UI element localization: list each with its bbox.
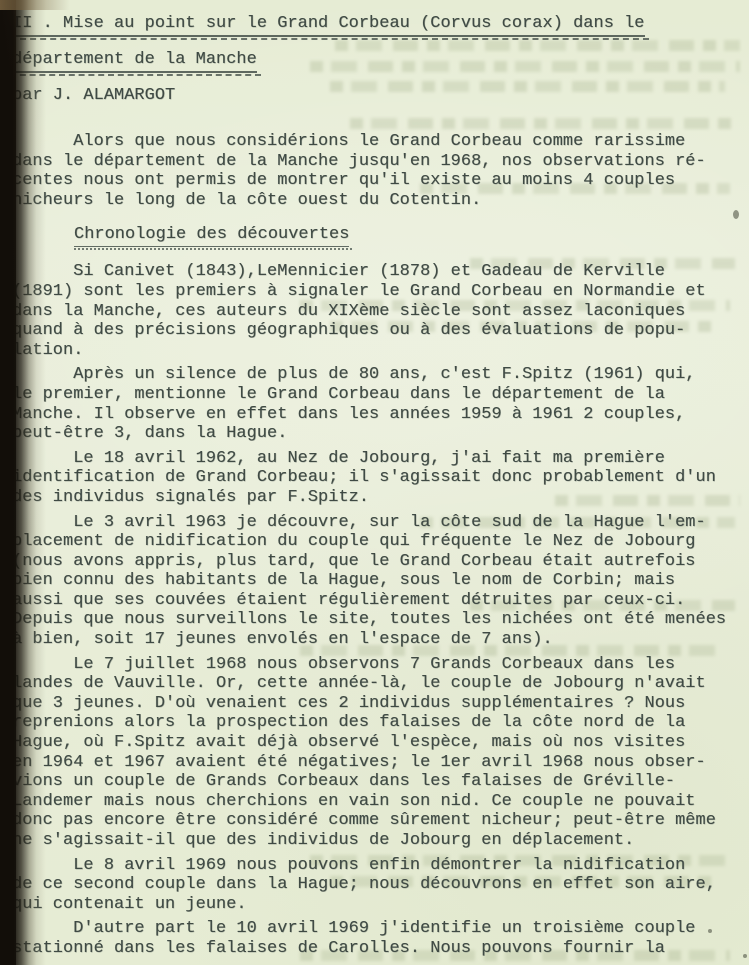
text-line: ne s'agissait-il que des individus de Jo… — [12, 831, 749, 851]
text-line: Le 18 avril 1962, au Nez de Jobourg, j'a… — [12, 449, 749, 469]
binding-top-edge — [0, 0, 70, 10]
text-line: Le 3 avril 1963 je découvre, sur la côte… — [12, 513, 749, 533]
text-line: aussi que ses couvées étaient régulièrem… — [12, 591, 749, 611]
author-line: par J. ALAMARGOT — [12, 86, 749, 106]
text-line: dans le département de la Manche jusqu'e… — [12, 152, 749, 172]
intro-paragraphs: Alors que nous considérions le Grand Cor… — [12, 132, 749, 210]
document-body: II . Mise au point sur le Grand Corbeau … — [12, 14, 749, 964]
paragraph: Le 3 avril 1963 je découvre, sur la côte… — [12, 513, 749, 650]
text-line: Si Canivet (1843),LeMennicier (1878) et … — [12, 262, 749, 282]
paragraph: Alors que nous considérions le Grand Cor… — [12, 132, 749, 210]
text-line: le premier, mentionne le Grand Corbeau d… — [12, 385, 749, 405]
text-line: bien connu des habitants de la Hague, so… — [12, 571, 749, 591]
document-title-text: II . Mise au point sur le Grand Corbeau … — [12, 14, 645, 37]
text-line: centes nous ont permis de montrer qu'il … — [12, 171, 749, 191]
text-line: Landemer mais nous cherchions en vain so… — [12, 792, 749, 812]
text-line: des individus signalés par F.Spitz. — [12, 488, 749, 508]
paragraph: D'autre part le 10 avril 1969 j'identifi… — [12, 919, 749, 958]
text-line: en 1964 et 1967 avaient été négatives; l… — [12, 753, 749, 773]
text-line: peut-être 3, dans la Hague. — [12, 424, 749, 444]
text-line: Hague, où F.Spitz avait déjà observé l'e… — [12, 733, 749, 753]
binding-edge-shadow — [0, 0, 46, 965]
section-heading: Chronologie des découvertes — [74, 225, 749, 249]
text-line: (nous avons appris, plus tard, que le Gr… — [12, 552, 749, 572]
text-line: lation. — [12, 341, 749, 361]
text-line: qui contenait un jeune. — [12, 895, 749, 915]
document-title-text: département de la Manche — [12, 50, 257, 73]
document-title-line-1: II . Mise au point sur le Grand Corbeau … — [12, 14, 749, 34]
document-title-line-2: département de la Manche — [12, 50, 749, 70]
scanned-document-page: { "colors": { "paper": "#e8eed9", "ink":… — [0, 0, 749, 965]
text-line: Après un silence de plus de 80 ans, c'es… — [12, 365, 749, 385]
text-line: Le 8 avril 1969 nous pouvons enfin démon… — [12, 856, 749, 876]
text-line: Depuis que nous surveillons le site, tou… — [12, 610, 749, 630]
text-line: landes de Vauville. Or, cette année-là, … — [12, 674, 749, 694]
text-line: donc pas encore être considéré comme sûr… — [12, 811, 749, 831]
text-line: nicheurs le long de la côte ouest du Cot… — [12, 191, 749, 211]
text-line: D'autre part le 10 avril 1969 j'identifi… — [12, 919, 749, 939]
text-line: reprenions alors la prospection des fala… — [12, 713, 749, 733]
text-line: à bien, soit 17 jeunes envolés en l'espa… — [12, 630, 749, 650]
paper-speck — [733, 210, 739, 219]
paragraph: Si Canivet (1843),LeMennicier (1878) et … — [12, 262, 749, 360]
text-line: vions un couple de Grands Corbeaux dans … — [12, 772, 749, 792]
text-line: (1891) sont les premiers à signaler le G… — [12, 282, 749, 302]
paragraph: Le 8 avril 1969 nous pouvons enfin démon… — [12, 856, 749, 915]
paper-speck — [743, 954, 747, 958]
text-line: Alors que nous considérions le Grand Cor… — [12, 132, 749, 152]
text-line: quand à des précisions géographiques ou … — [12, 321, 749, 341]
text-line: dans la Manche, ces auteurs du XIXème si… — [12, 302, 749, 322]
text-line: stationné dans les falaises de Carolles.… — [12, 939, 749, 959]
section-heading-text: Chronologie des découvertes — [74, 225, 349, 247]
paragraph: Après un silence de plus de 80 ans, c'es… — [12, 365, 749, 443]
paper-speck — [708, 929, 712, 933]
text-line: Manche. Il observe en effet dans les ann… — [12, 405, 749, 425]
paragraph: Le 7 juillet 1968 nous observons 7 Grand… — [12, 655, 749, 851]
paragraph: Le 18 avril 1962, au Nez de Jobourg, j'a… — [12, 449, 749, 508]
text-line: de ce second couple dans la Hague; nous … — [12, 875, 749, 895]
text-line: placement de nidification du couple qui … — [12, 532, 749, 552]
text-line: que 3 jeunes. D'où venaient ces 2 indivi… — [12, 694, 749, 714]
chronology-paragraphs: Si Canivet (1843),LeMennicier (1878) et … — [12, 262, 749, 958]
text-line: identification de Grand Corbeau; il s'ag… — [12, 468, 749, 488]
text-line: Le 7 juillet 1968 nous observons 7 Grand… — [12, 655, 749, 675]
